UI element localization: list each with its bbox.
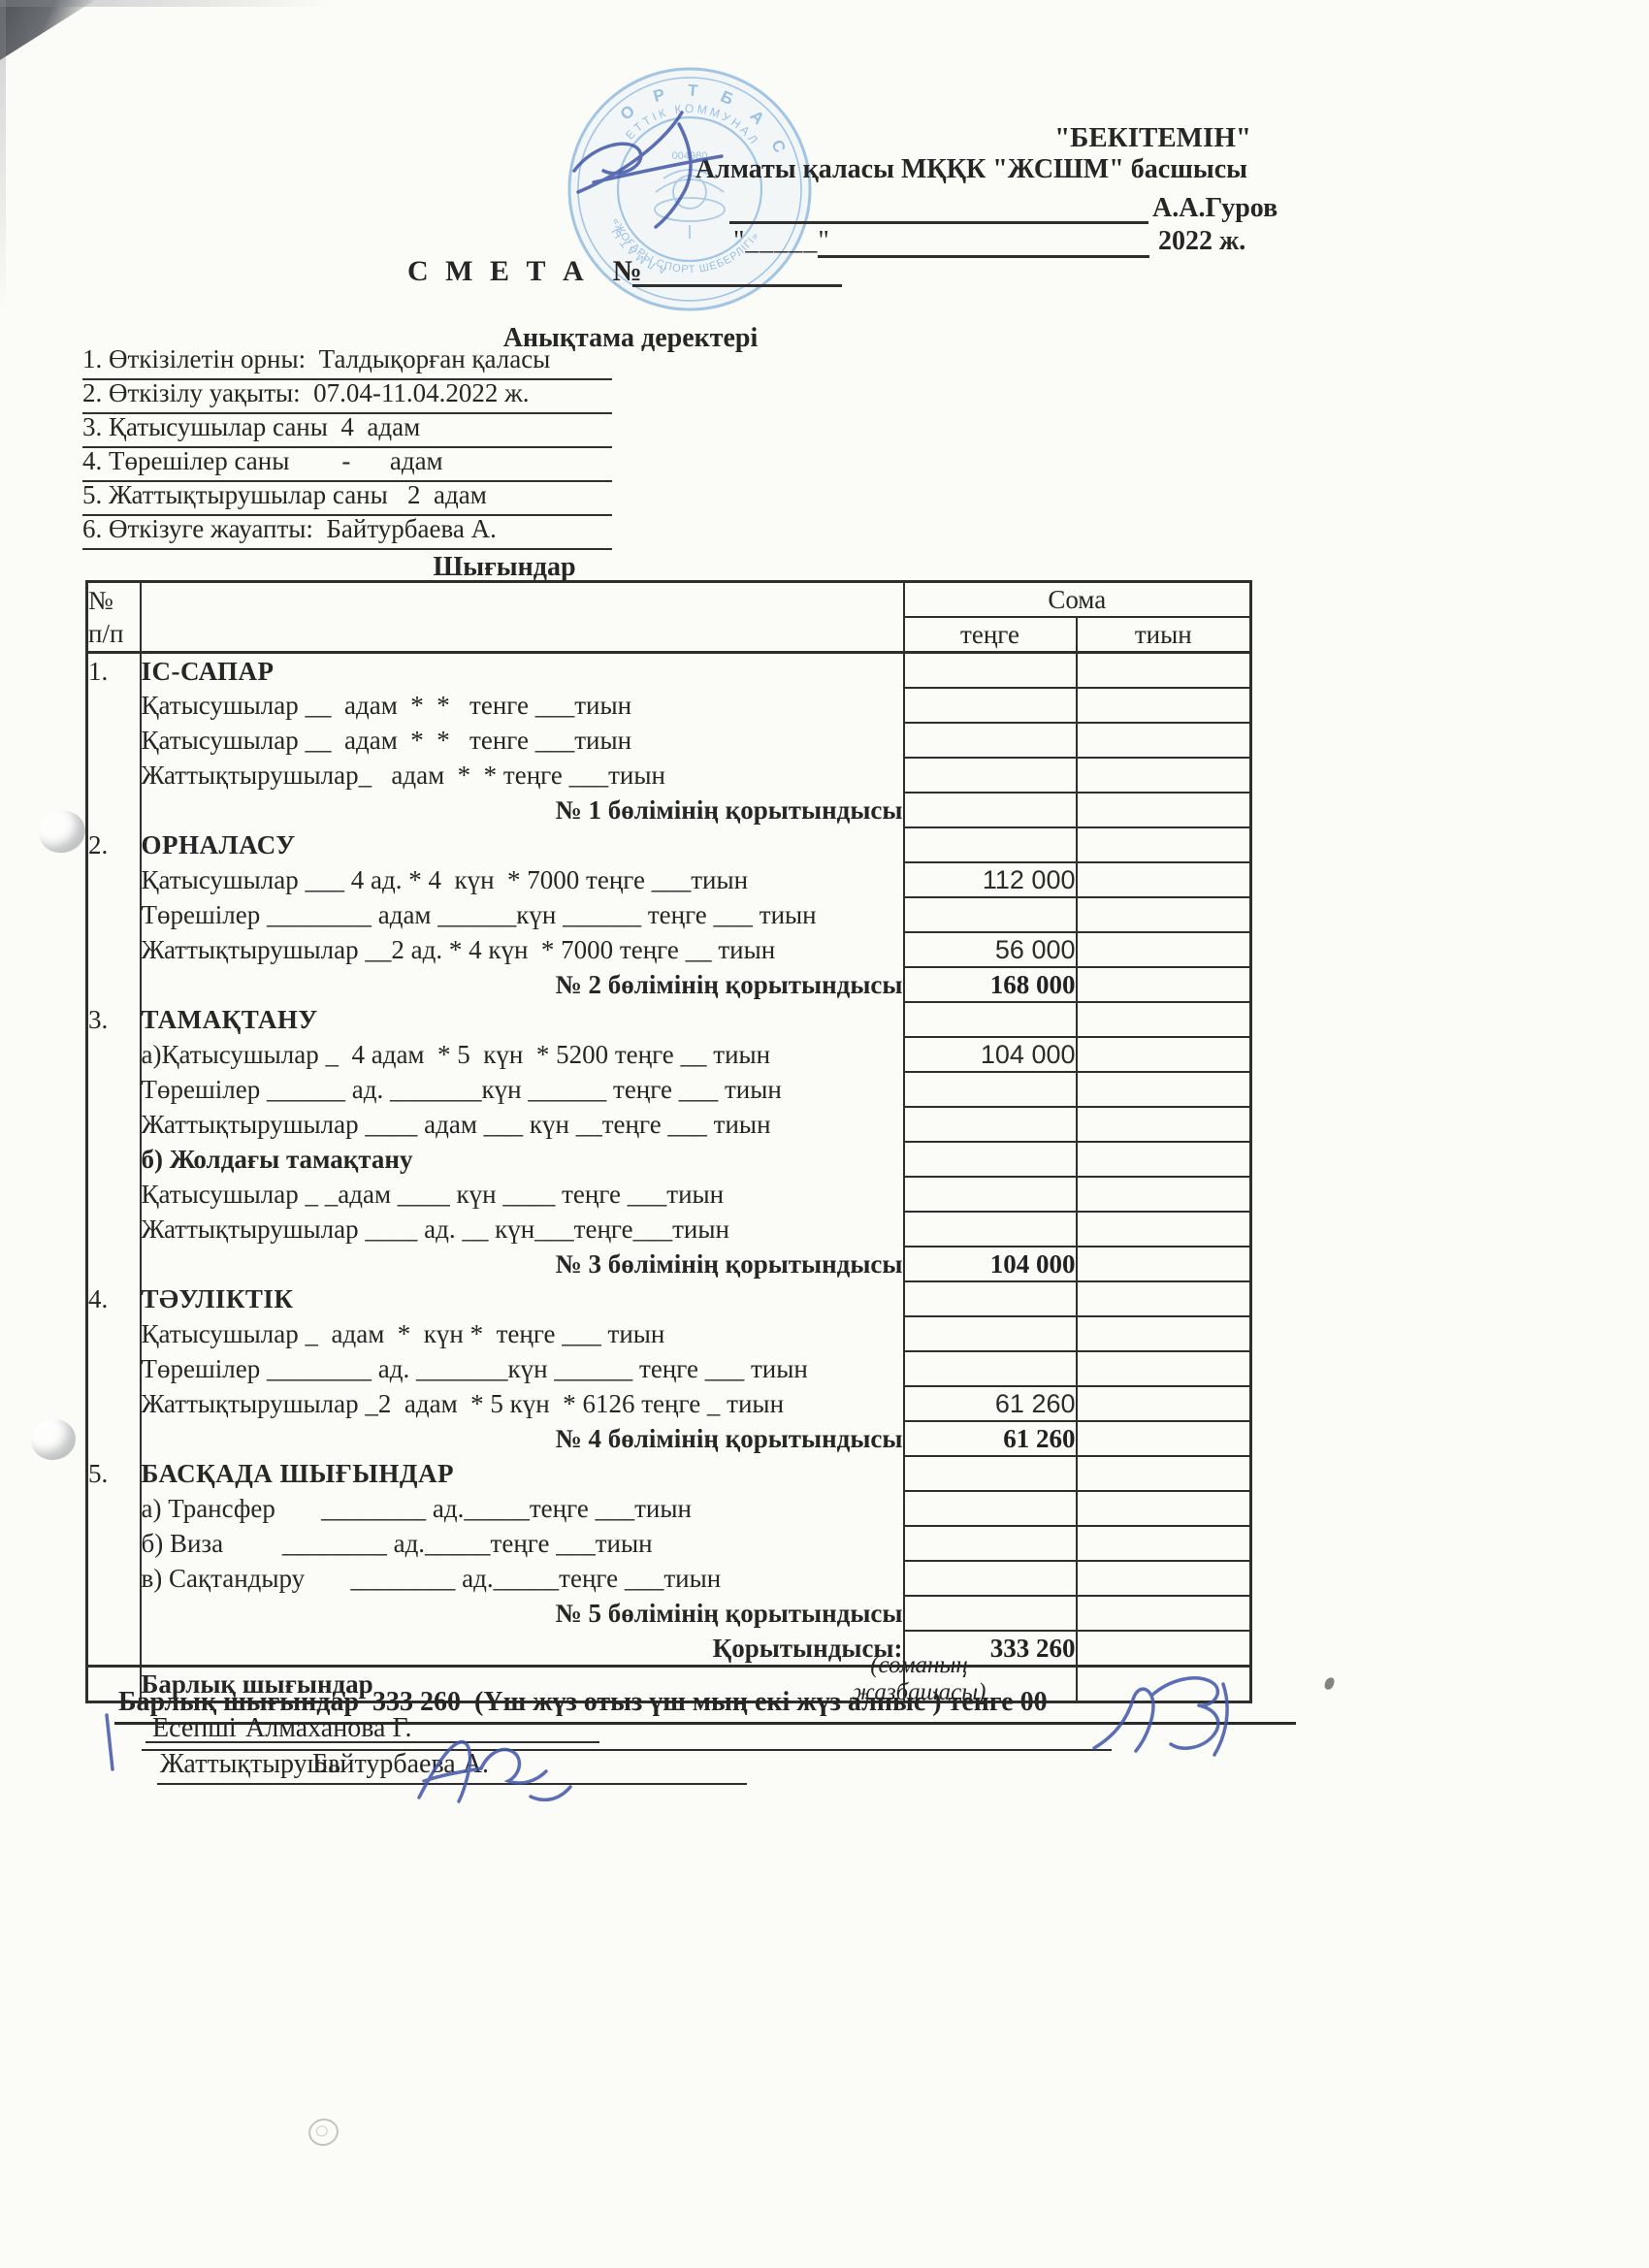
row-number — [87, 897, 141, 932]
row-number — [87, 793, 141, 827]
row-amount-tiyn — [1077, 1561, 1251, 1596]
reference-item: 6. Өткізуге жауапты: Байтурбаева А. — [82, 514, 612, 550]
row-description: а) Трансфер ________ ад._____теңге ___ти… — [141, 1491, 904, 1526]
row-amount-tiyn — [1077, 827, 1251, 862]
row-amount-tiyn — [1077, 793, 1251, 827]
expenses-heading: Шығындар — [291, 552, 718, 583]
reference-item: 2. Өткізілу уақыты: 07.04-11.04.2022 ж. — [82, 378, 612, 414]
row-number — [87, 1142, 141, 1177]
expense-row: б) Виза ________ ад._____теңге ___тиын — [87, 1526, 1251, 1561]
row-amount-tenge: 56 000 — [904, 932, 1077, 967]
row-number: 2. — [87, 827, 141, 862]
row-description: Қорытындысы: — [141, 1631, 904, 1667]
expense-row: № 1 бөлімінің қорытындысы — [87, 793, 1251, 827]
expense-row: № 4 бөлімінің қорытындысы 61 260 — [87, 1421, 1251, 1456]
row-amount-tenge — [904, 1177, 1077, 1212]
expense-row: б) Жолдағы тамақтану — [87, 1142, 1251, 1177]
row-amount-tiyn — [1077, 723, 1251, 758]
row-amount-tenge — [904, 723, 1077, 758]
row-amount-tenge: 61 260 — [904, 1421, 1077, 1456]
row-amount-tiyn — [1077, 1386, 1251, 1421]
row-amount-tiyn — [1077, 1247, 1251, 1281]
row-amount-tiyn — [1077, 1212, 1251, 1247]
row-description: ТАМАҚТАНУ — [141, 1002, 904, 1037]
row-number — [87, 1037, 141, 1072]
row-description: Қатысушылар ___ 4 ад. * 4 күн * 7000 тең… — [141, 862, 904, 897]
row-number: 1. — [87, 653, 141, 689]
row-amount-tenge — [904, 1491, 1077, 1526]
row-amount-tiyn — [1077, 1107, 1251, 1142]
row-description: ОРНАЛАСУ — [141, 827, 904, 862]
row-amount-tiyn — [1077, 932, 1251, 967]
scan-edge-artifact — [0, 0, 6, 310]
row-description: № 2 бөлімінің қорытындысы — [141, 967, 904, 1002]
approval-stamp-word: "БЕКІТЕМІН" — [970, 122, 1251, 154]
expense-row: в) Сақтандыру ________ ад._____теңге ___… — [87, 1561, 1251, 1596]
row-number — [87, 1561, 141, 1596]
row-amount-tiyn — [1077, 1281, 1251, 1316]
expense-row: 1. ІС-САПАР — [87, 653, 1251, 689]
row-number — [87, 723, 141, 758]
expense-row: Төрешілер ______ ад. _______күн ______ т… — [87, 1072, 1251, 1107]
row-description: б) Жолдағы тамақтану — [141, 1142, 904, 1177]
row-description: БАСҚАДА ШЫҒЫНДАР — [141, 1456, 904, 1491]
row-amount-tiyn — [1077, 1316, 1251, 1351]
accountant-name: Алмаханова Г. — [245, 1713, 412, 1744]
row-amount-tiyn — [1077, 1002, 1251, 1037]
row-number — [87, 967, 141, 1002]
scanned-estimate-document: О Р Т Б А С ЕТТІК КОММУНАЛ «ЖОҒАРЫ СПОРТ… — [0, 0, 1649, 2268]
row-amount-tiyn — [1077, 1526, 1251, 1561]
row-number — [87, 758, 141, 793]
expense-row: 5. БАСҚАДА ШЫҒЫНДАР — [87, 1456, 1251, 1491]
row-amount-tenge — [904, 1142, 1077, 1177]
row-number — [87, 1596, 141, 1631]
expense-row: Жаттықтырушылар _2 адам * 5 күн * 6126 т… — [87, 1386, 1251, 1421]
expense-row: 2. ОРНАЛАСУ — [87, 827, 1251, 862]
expense-row: № 3 бөлімінің қорытындысы 104 000 — [87, 1247, 1251, 1281]
row-description: № 4 бөлімінің қорытындысы — [141, 1421, 904, 1456]
row-number — [87, 932, 141, 967]
expense-row: 3. ТАМАҚТАНУ — [87, 1002, 1251, 1037]
row-amount-tiyn — [1077, 1631, 1251, 1667]
row-amount-tiyn — [1077, 1491, 1251, 1526]
row-number — [87, 862, 141, 897]
row-number — [87, 1526, 141, 1561]
row-amount-tenge: 168 000 — [904, 967, 1077, 1002]
approval-organization: Алматы қаласы МҚҚК "ЖСШМ" басшысы — [669, 154, 1247, 185]
expense-row: а)Қатысушылар _ 4 адам * 5 күн * 5200 те… — [87, 1037, 1251, 1072]
expense-row: Қатысушылар _ _адам ____ күн ____ теңге … — [87, 1177, 1251, 1212]
row-amount-tiyn — [1077, 897, 1251, 932]
pen-tick-mark — [107, 1715, 113, 1769]
row-amount-tiyn — [1077, 688, 1251, 723]
reference-item: 1. Өткізілетін орны: Талдықорған қаласы — [82, 344, 612, 380]
expense-row: Қатысушылар ___ 4 ад. * 4 күн * 7000 тең… — [87, 862, 1251, 897]
expense-row: № 5 бөлімінің қорытындысы — [87, 1596, 1251, 1631]
row-number — [87, 1491, 141, 1526]
reference-item: 5. Жаттықтырушылар саны 2 адам — [82, 480, 612, 516]
row-amount-tiyn — [1077, 1037, 1251, 1072]
row-amount-tenge: 61 260 — [904, 1386, 1077, 1421]
row-amount-tiyn — [1077, 967, 1251, 1002]
approval-date-line — [818, 224, 1149, 258]
row-number — [87, 1177, 141, 1212]
col-header-description — [141, 582, 904, 653]
row-description: б) Виза ________ ад._____теңге ___тиын — [141, 1526, 904, 1561]
row-description: № 3 бөлімінің қорытындысы — [141, 1247, 904, 1281]
row-description: Төрешілер ______ ад. _______күн ______ т… — [141, 1072, 904, 1107]
row-description: Қатысушылар _ адам * күн * теңге ___ тиы… — [141, 1316, 904, 1351]
row-amount-tenge — [904, 1456, 1077, 1491]
accountant-label: Есепші — [152, 1713, 237, 1744]
row-amount-tenge — [904, 688, 1077, 723]
hole-punch-mark — [35, 806, 90, 858]
approval-signature-line — [729, 190, 1148, 224]
row-number — [87, 1421, 141, 1456]
row-amount-tiyn — [1077, 758, 1251, 793]
row-description: Қатысушылар _ _адам ____ күн ____ теңге … — [141, 1177, 904, 1212]
expense-row: а) Трансфер ________ ад._____теңге ___ти… — [87, 1491, 1251, 1526]
row-number: 3. — [87, 1002, 141, 1037]
expense-row: Жаттықтырушылар ____ ад. __ күн___теңге_… — [87, 1212, 1251, 1247]
row-description: Төрешілер ________ ад. _______күн ______… — [141, 1351, 904, 1386]
row-amount-tenge — [904, 1212, 1077, 1247]
expense-row: Жаттықтырушылар ____ адам ___ күн __теңг… — [87, 1107, 1251, 1142]
expense-row: Жаттықтырушылар __2 ад. * 4 күн * 7000 т… — [87, 932, 1251, 967]
row-amount-tenge — [904, 1561, 1077, 1596]
reference-item: 4. Төрешілер саны - адам — [82, 446, 612, 482]
row-amount-tiyn — [1077, 1142, 1251, 1177]
approval-year: 2022 ж. — [1158, 226, 1245, 257]
row-number — [87, 1351, 141, 1386]
row-amount-tiyn — [1077, 1421, 1251, 1456]
col-header-soma: Сома — [904, 582, 1251, 618]
row-number — [87, 1247, 141, 1281]
row-amount-tenge: 112 000 — [904, 862, 1077, 897]
row-amount-tenge — [904, 1072, 1077, 1107]
row-amount-tenge — [904, 1281, 1077, 1316]
row-number: 4. — [87, 1281, 141, 1316]
col-header-tenge: теңге — [904, 617, 1077, 653]
row-number: 5. — [87, 1456, 141, 1491]
row-amount-tenge — [904, 653, 1077, 689]
expense-row: Төрешілер ________ ад. _______күн ______… — [87, 1351, 1251, 1386]
row-amount-tenge — [904, 827, 1077, 862]
row-amount-tenge — [904, 1526, 1077, 1561]
col-header-no: № п/п — [87, 582, 141, 653]
trainer-name: Байтурбаева А. — [312, 1749, 489, 1780]
scan-corner-artifact — [0, 0, 95, 60]
row-number — [87, 1631, 141, 1667]
row-amount-tenge — [904, 1107, 1077, 1142]
row-description: в) Сақтандыру ________ ад._____теңге ___… — [141, 1561, 904, 1596]
row-description: № 1 бөлімінің қорытындысы — [141, 793, 904, 827]
table-header-row: № п/п Сома — [87, 582, 1251, 618]
expenses-table: № п/п Сома теңге тиын 1. ІС-САПАР Қатысу… — [85, 580, 1252, 1703]
row-amount-tenge — [904, 793, 1077, 827]
expense-row: Қорытындысы: 333 260 — [87, 1631, 1251, 1667]
row-description: ТӘУЛІКТІК — [141, 1281, 904, 1316]
row-description: Жаттықтырушылар __2 ад. * 4 күн * 7000 т… — [141, 932, 904, 967]
row-number — [87, 1316, 141, 1351]
row-amount-tenge: 104 000 — [904, 1247, 1077, 1281]
row-number — [87, 1386, 141, 1421]
row-description: № 5 бөлімінің қорытындысы — [141, 1596, 904, 1631]
row-description: Төрешілер ________ адам ______күн ______… — [141, 897, 904, 932]
row-amount-tiyn — [1077, 1596, 1251, 1631]
row-amount-tenge — [904, 1351, 1077, 1386]
row-description: ІС-САПАР — [141, 653, 904, 689]
row-description: Жаттықтырушылар ____ ад. __ күн___теңге_… — [141, 1212, 904, 1247]
row-amount-tiyn — [1077, 1456, 1251, 1491]
row-number — [87, 1072, 141, 1107]
row-amount-tenge — [904, 758, 1077, 793]
row-amount-tenge: 104 000 — [904, 1037, 1077, 1072]
hole-punch-mark — [28, 1415, 80, 1463]
expense-row: Жаттықтырушылар_ адам * * теңге ___тиын — [87, 758, 1251, 793]
approval-date-day-blank: "_____" — [733, 226, 830, 257]
row-description: Жаттықтырушылар_ адам * * теңге ___тиын — [141, 758, 904, 793]
reference-item: 3. Қатысушылар саны 4 адам — [82, 412, 612, 448]
row-amount-tiyn — [1077, 862, 1251, 897]
approver-name: А.А.Гуров — [1152, 193, 1277, 224]
document-title: С М Е Т А № — [407, 255, 647, 288]
row-amount-tiyn — [1077, 1177, 1251, 1212]
scan-speck-artifact — [1323, 1676, 1336, 1691]
expense-row: Қатысушылар __ адам * * тенге ___тиын — [87, 723, 1251, 758]
scan-edge-artifact — [0, 0, 330, 7]
row-description: Қатысушылар __ адам * * тенге ___тиын — [141, 723, 904, 758]
expense-row: 4. ТӘУЛІКТІК — [87, 1281, 1251, 1316]
document-number-blank — [632, 254, 842, 287]
row-amount-tiyn — [1077, 1072, 1251, 1107]
scan-ring-artifact — [306, 2116, 340, 2149]
col-header-tiyn: тиын — [1077, 617, 1251, 653]
expense-row: Төрешілер ________ адам ______күн ______… — [87, 897, 1251, 932]
row-number — [87, 1212, 141, 1247]
row-number — [87, 688, 141, 723]
row-amount-tenge — [904, 1002, 1077, 1037]
row-number — [87, 1107, 141, 1142]
row-amount-tiyn — [1077, 1351, 1251, 1386]
row-description: Жаттықтырушылар _2 адам * 5 күн * 6126 т… — [141, 1386, 904, 1421]
row-amount-tenge — [904, 1596, 1077, 1631]
row-amount-tenge — [904, 897, 1077, 932]
row-amount-tenge — [904, 1316, 1077, 1351]
expense-row: Қатысушылар _ адам * күн * теңге ___ тиы… — [87, 1316, 1251, 1351]
row-description: а)Қатысушылар _ 4 адам * 5 күн * 5200 те… — [141, 1037, 904, 1072]
row-description: Қатысушылар __ адам * * тенге ___тиын — [141, 688, 904, 723]
expense-row: № 2 бөлімінің қорытындысы 168 000 — [87, 967, 1251, 1002]
row-description: Жаттықтырушылар ____ адам ___ күн __теңг… — [141, 1107, 904, 1142]
row-amount-tiyn — [1077, 653, 1251, 689]
expense-row: Қатысушылар __ адам * * тенге ___тиын — [87, 688, 1251, 723]
